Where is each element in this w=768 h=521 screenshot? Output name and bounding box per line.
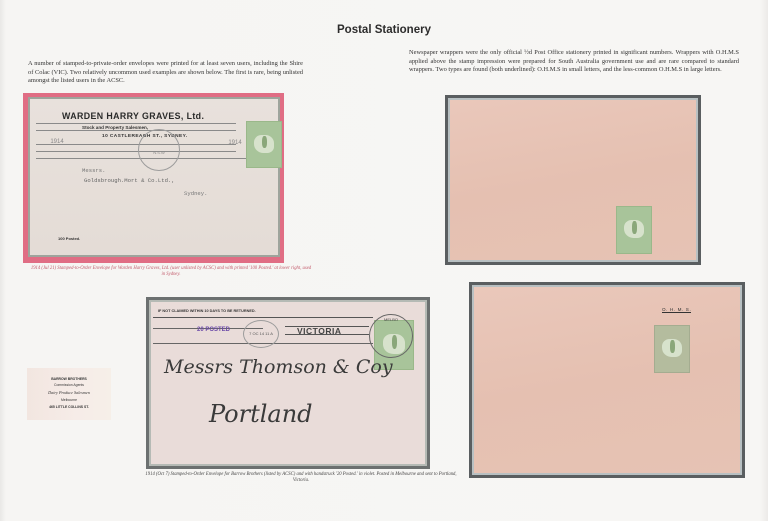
- album-page: Postal Stationery A number of stamped-to…: [0, 0, 768, 521]
- kangaroo-stamp-icon: [616, 206, 652, 254]
- label-line2: Dairy Produce Salesmen: [27, 390, 111, 395]
- page-title: Postal Stationery: [0, 24, 768, 36]
- barrow-brothers-label: BARROW BROTHERS Commission Agents Dairy …: [27, 368, 111, 420]
- newspaper-wrapper-plain: [448, 98, 698, 262]
- label-line3: Melbourne: [27, 398, 111, 402]
- envelope1-heading: WARDEN HARRY GRAVES, Ltd.: [62, 111, 204, 121]
- postmark-year-left: 1914: [46, 139, 68, 145]
- victoria-slogan: VICTORIA: [297, 326, 341, 336]
- envelope2-caption: 1914 (Oct 7) Stamped-to-Order Envelope f…: [145, 472, 457, 485]
- newspaper-wrapper-ohms: O. H. M. S.: [472, 285, 742, 475]
- handwritten-addressee: Messrs Thomson & Coy: [164, 356, 393, 378]
- label-address: 465 LITTLE COLLINS ST.: [27, 405, 111, 409]
- addressee-messrs: Messrs.: [82, 167, 106, 174]
- addressee-city: Sydney.: [184, 190, 208, 197]
- addressee-name: Goldsbrough.Mort & Co.Ltd.,: [84, 177, 175, 184]
- handwritten-destination: Portland: [209, 400, 313, 428]
- envelope-barrow-brothers: IF NOT CLAIMED WITHIN 10 DAYS TO BE RETU…: [149, 300, 427, 466]
- violet-handstamp: 20 POSTED: [197, 327, 230, 333]
- kangaroo-stamp-icon: [246, 121, 282, 168]
- label-line1: Commission Agents: [27, 383, 111, 387]
- left-intro-text: A number of stamped-to-private-order env…: [28, 60, 303, 86]
- envelope1-caption: 1914 (Jul 21) Stamped-to-Order Envelope …: [30, 266, 312, 279]
- kangaroo-stamp-icon: [654, 325, 690, 373]
- envelope-warden-harry-graves: WARDEN HARRY GRAVES, Ltd. Stock and Prop…: [28, 97, 280, 257]
- postmark-circle: N.S.W: [138, 129, 180, 171]
- postmark-year-right: 1914: [224, 140, 246, 146]
- machine-postmark: 7 OC 14 11 A: [243, 320, 279, 348]
- ohms-overprint: O. H. M. S.: [662, 307, 691, 313]
- posted-count: 100 Posted.: [58, 236, 80, 241]
- melbourne-postmark: MELBO: [369, 314, 413, 358]
- right-intro-text: Newspaper wrappers were the only officia…: [409, 49, 739, 75]
- label-name: BARROW BROTHERS: [27, 377, 111, 381]
- return-notice: IF NOT CLAIMED WITHIN 10 DAYS TO BE RETU…: [158, 309, 256, 313]
